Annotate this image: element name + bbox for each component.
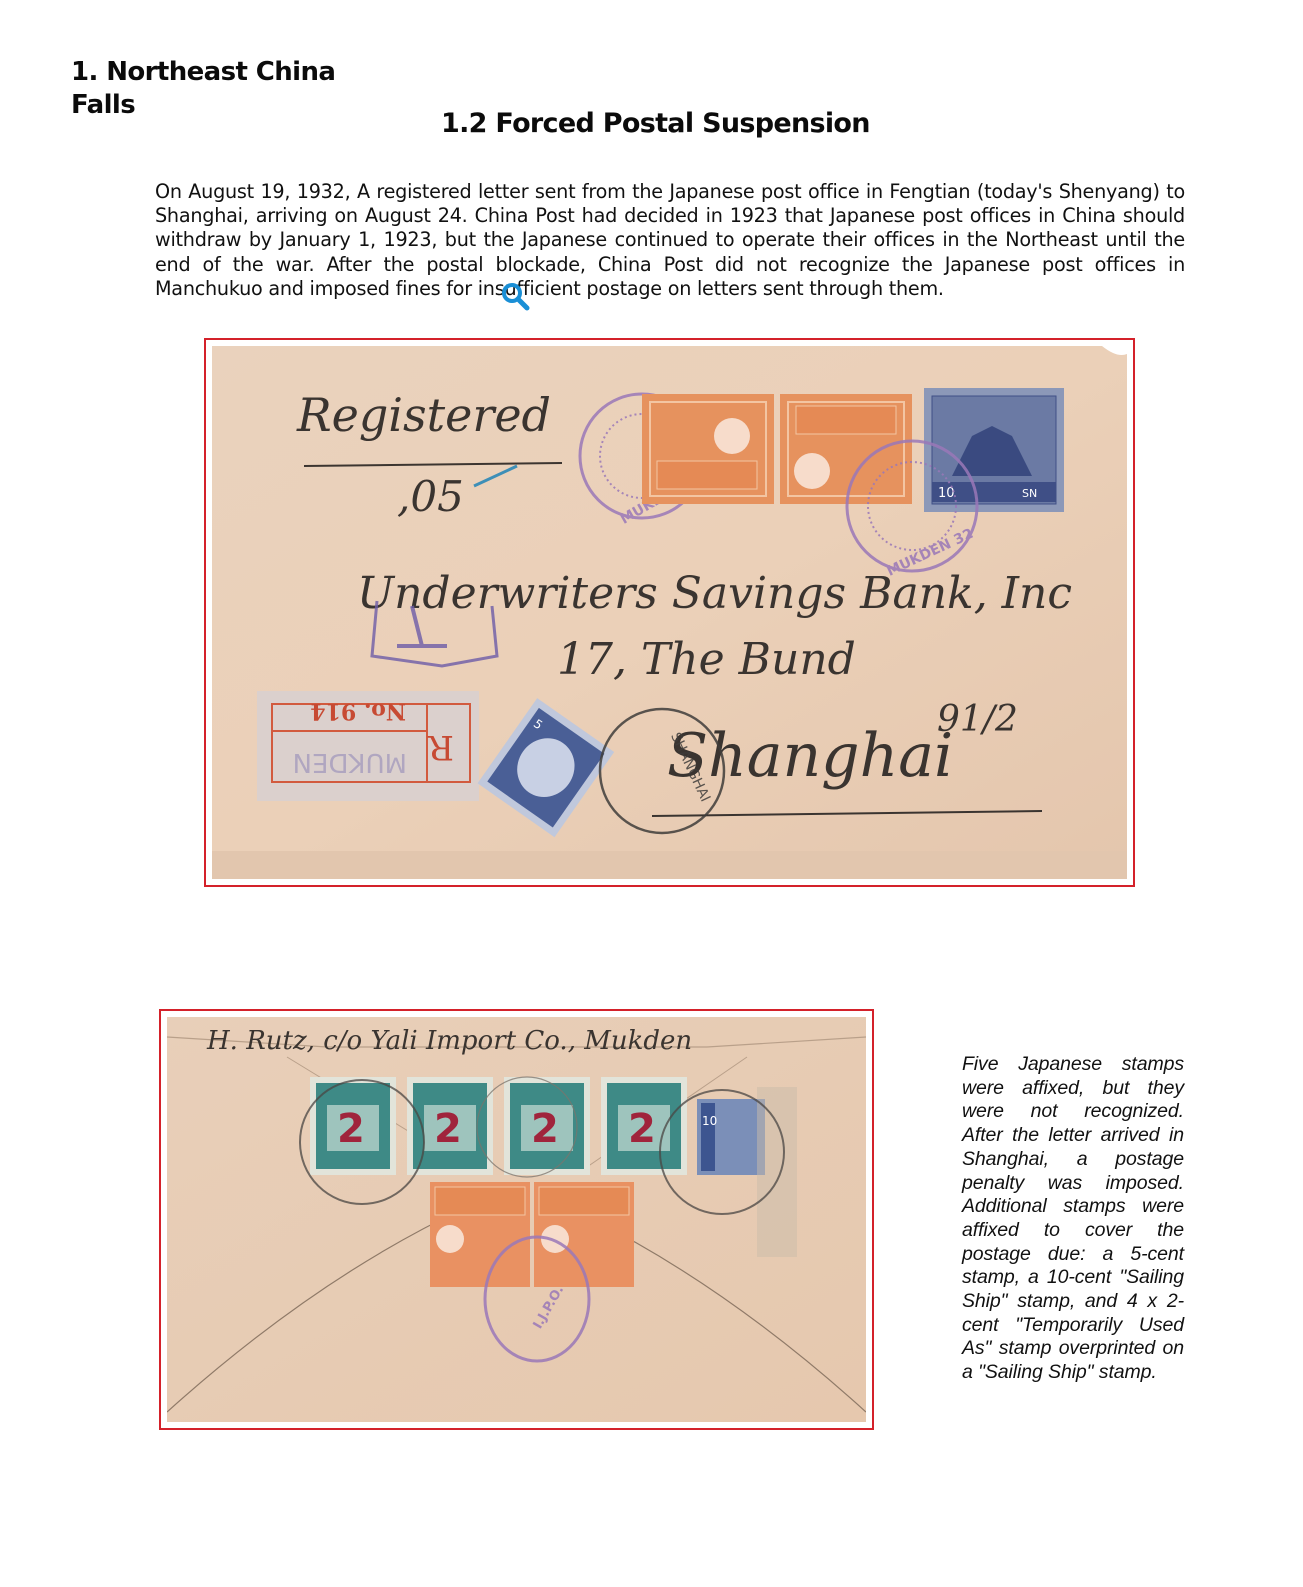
cover-back-image: H. Rutz, c/o Yali Import Co., Mukden 2 2… xyxy=(167,1017,866,1422)
registration-label: R No. 914 MUKDEN xyxy=(257,691,479,801)
svg-text:R: R xyxy=(427,727,454,767)
svg-text:SN: SN xyxy=(1022,487,1037,500)
caption-text: Five Japanese stamps were affixed, but t… xyxy=(962,1053,1184,1385)
svg-text:2: 2 xyxy=(434,1106,462,1152)
cover-front-image: Registered ,05 MUKDEN 32 xyxy=(212,346,1127,879)
svg-text:2: 2 xyxy=(531,1106,559,1152)
svg-text:Registered: Registered xyxy=(296,388,551,442)
overprint-stamp-1: 2 xyxy=(310,1077,396,1175)
cover-caption: Five Japanese stamps were affixed, but t… xyxy=(962,1053,1184,1385)
overprint-stamp-2: 2 xyxy=(407,1077,493,1175)
addressee-line-1: Underwriters Savings Bank, Inc xyxy=(357,568,1072,619)
svg-text:10: 10 xyxy=(702,1114,717,1128)
svg-text:No. 914: No. 914 xyxy=(310,698,406,724)
chapter-title: 1. Northeast China Falls xyxy=(71,56,371,122)
sailing-ship-stamp-10-cent: 10 xyxy=(697,1099,765,1175)
svg-text:MUKDEN: MUKDEN xyxy=(293,747,407,777)
intro-text: On August 19, 1932, A registered letter … xyxy=(155,180,1185,301)
japan-stamp-orange-2 xyxy=(780,394,912,504)
svg-text:10: 10 xyxy=(938,486,955,501)
magnifier-icon[interactable] xyxy=(500,281,530,311)
overprint-stamp-4: 2 xyxy=(601,1077,687,1175)
japan-stamp-orange-1 xyxy=(642,394,774,504)
cover-back-photo: H. Rutz, c/o Yali Import Co., Mukden 2 2… xyxy=(159,1009,874,1430)
intro-paragraph: On August 19, 1932, A registered letter … xyxy=(155,180,1185,301)
svg-text:,05: ,05 xyxy=(397,472,464,521)
sender-handwriting: H. Rutz, c/o Yali Import Co., Mukden xyxy=(206,1026,692,1056)
addressee-line-2: 17, The Bund xyxy=(557,634,856,685)
cover-front-photo: Registered ,05 MUKDEN 32 xyxy=(204,338,1135,887)
svg-text:2: 2 xyxy=(337,1106,365,1152)
svg-text:2: 2 xyxy=(628,1106,656,1152)
svg-text:91/2: 91/2 xyxy=(937,699,1018,740)
section-title: 1.2 Forced Postal Suspension xyxy=(441,107,870,141)
japan-stamp-orange-back-1 xyxy=(430,1182,530,1287)
